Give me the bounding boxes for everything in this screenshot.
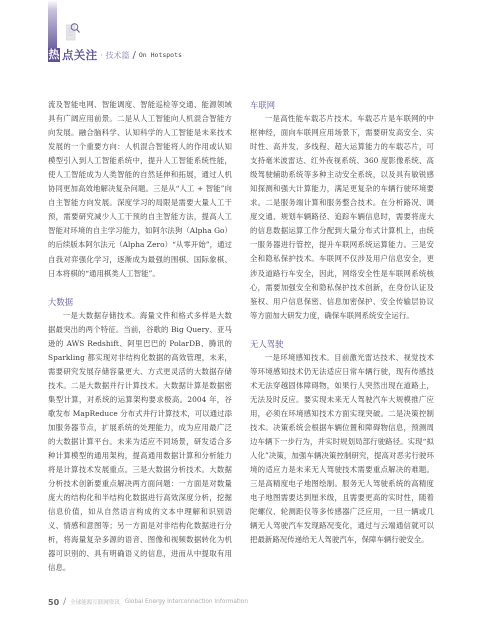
publication-name-en: Global Energy Interconnection Informatio… (125, 599, 248, 605)
section-title-autonomous: 无人驾驶 (250, 337, 434, 351)
header-english: On Hotspots (139, 51, 182, 59)
section-header: 热 点关注 · 技术篇 / On Hotspots (48, 48, 182, 62)
header-subtitle: · 技术篇 (100, 50, 129, 61)
hot-badge: 热 (48, 48, 60, 62)
section-title-iov: 车联网 (250, 98, 434, 112)
footer-slash: / (63, 597, 66, 607)
intro-paragraph: 流及智能电网、智能调度、智能巡检等交通、能源领域具有广阔应用前景。二是从人工智能… (48, 98, 232, 281)
iov-paragraph: 一是高性能车载芯片技术。车载芯片是车联网的中枢神经，面向车联网应用场景下，需要研… (250, 112, 434, 323)
left-column: 流及智能电网、智能调度、智能巡检等交通、能源领域具有广阔应用前景。二是从人工智能… (48, 98, 232, 576)
autonomous-paragraph: 一是环境感知技术。目前激光雷达技术、视觉技术等环境感知技术仍无法适应日常车辆行驶… (250, 351, 434, 548)
big-data-paragraph: 一是大数据存储技术。海量文件和格式多样是大数据最突出的两个特征。当前，谷歌的 B… (48, 309, 232, 576)
header-slash: / (133, 50, 136, 61)
magnifier-document-icon (66, 22, 80, 42)
right-column: 车联网 一是高性能车载芯片技术。车载芯片是车联网的中枢神经，面向车联网应用场景下… (250, 98, 434, 547)
section-title-big-data: 大数据 (48, 295, 232, 309)
publication-name-cn: 全球能源互联网资讯 (70, 598, 120, 606)
header-accent-bar (48, 0, 57, 50)
page-number: 50 (48, 598, 59, 607)
header-title: 点关注 (62, 47, 97, 63)
page-footer: 50 / 全球能源互联网资讯 Global Energy Interconnec… (48, 597, 248, 607)
